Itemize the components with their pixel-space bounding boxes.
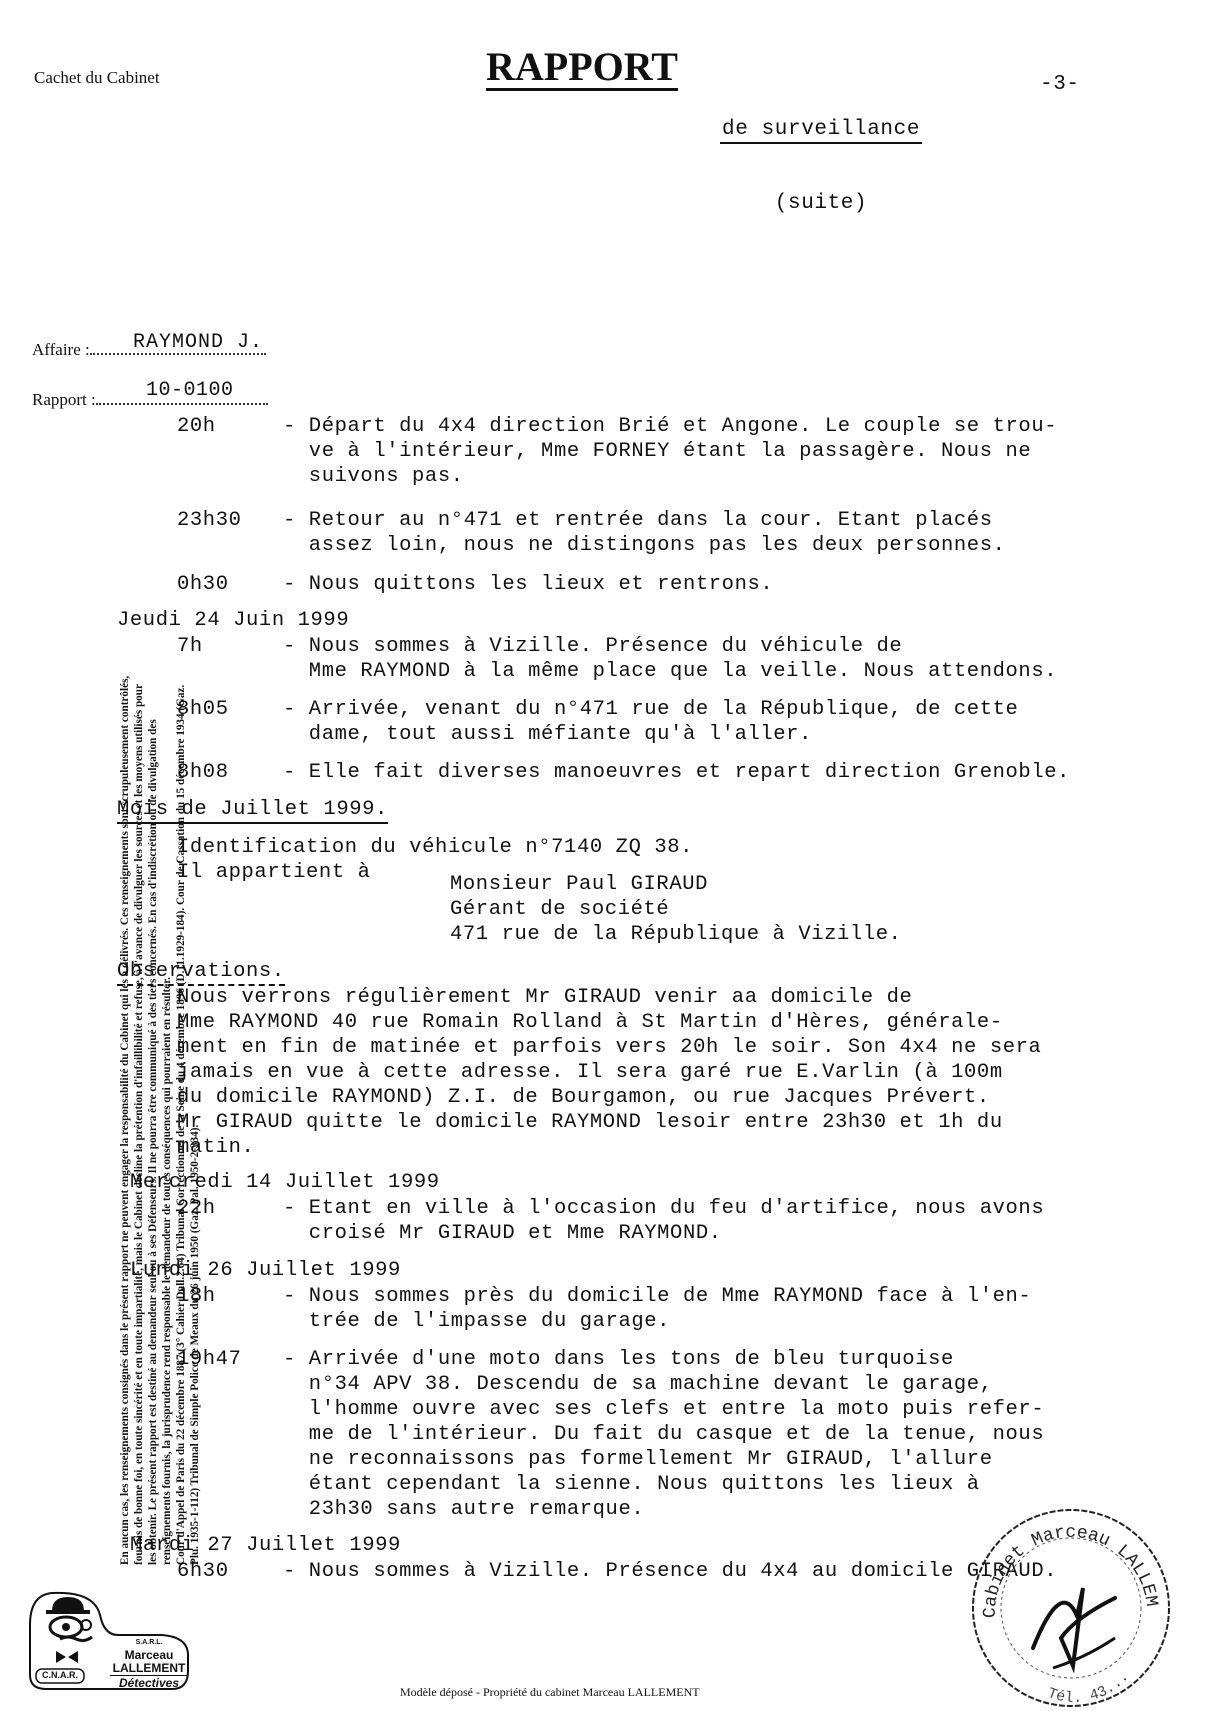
entry-line: Mme RAYMOND à la même place que la veill… bbox=[283, 659, 1057, 684]
company-stamp: Cabinet Marceau LALLEMENT Tél. 43... bbox=[965, 1498, 1177, 1710]
observation-line: ment en fin de matinée et parfois vers 2… bbox=[177, 1035, 1041, 1060]
observation-line: Mr GIRAUD quitte le domicile RAYMOND les… bbox=[177, 1110, 1003, 1135]
subtitle-line-1: de surveillance bbox=[720, 118, 922, 144]
entry-line: ve à l'intérieur, Mme FORNEY étant la pa… bbox=[283, 439, 1031, 464]
subtitle-line-2: (suite) bbox=[720, 192, 922, 216]
legal-disclaimer: En aucun cas, les renseignements consign… bbox=[118, 415, 202, 1565]
company-logo: C.N.A.R. S.A.R.L. Marceau LALLEMENT Déte… bbox=[22, 1585, 190, 1693]
owner-line: Gérant de société bbox=[450, 897, 669, 922]
entry-line: trée de l'impasse du garage. bbox=[283, 1309, 670, 1334]
entry-line: - Elle fait diverses manoeuvres et repar… bbox=[283, 760, 1070, 785]
page-number: -3- bbox=[1040, 72, 1080, 97]
observation-line: jamais en vue à cette adresse. Il sera g… bbox=[177, 1060, 1003, 1085]
cachet-label: Cachet du Cabinet bbox=[34, 68, 160, 88]
owner-line: Monsieur Paul GIRAUD bbox=[450, 872, 708, 897]
legal-line: En aucun cas, les renseignements consign… bbox=[118, 415, 132, 1565]
owner-line: 471 rue de la République à Vizille. bbox=[450, 922, 902, 947]
observation-line: du domicile RAYMOND) Z.I. de Bourgamon, … bbox=[177, 1085, 990, 1110]
affaire-label: Affaire : bbox=[32, 340, 90, 359]
legal-line: renseignements fournis, la jurisprudence… bbox=[160, 415, 174, 1565]
entry-line: me de l'intérieur. Du fait du casque et … bbox=[283, 1422, 1044, 1447]
logo-name-1: Marceau bbox=[110, 1648, 188, 1662]
entry-line: - Etant en ville à l'occasion du feu d'a… bbox=[283, 1196, 1044, 1221]
entry-line: étant cependant la sienne. Nous quittons… bbox=[283, 1472, 980, 1497]
entry-line: ne reconnaissons pas formellement Mr GIR… bbox=[283, 1447, 993, 1472]
observation-line: Nous verrons régulièrement Mr GIRAUD ven… bbox=[177, 985, 912, 1010]
affaire-value: RAYMOND J. bbox=[133, 330, 263, 355]
logo-name-2: LALLEMENT bbox=[110, 1661, 188, 1676]
entry-line: assez loin, nous ne distingons pas les d… bbox=[283, 533, 1006, 558]
legal-line: fournis de bonne foi, en toute sincérité… bbox=[132, 415, 146, 1565]
stamp-top-text: Cabinet Marceau LALLEMENT bbox=[965, 1498, 1161, 1618]
entry-line: l'homme ouvre avec ses clefs et entre la… bbox=[283, 1397, 1044, 1422]
report-title: RAPPORT bbox=[486, 46, 678, 91]
report-subtitle: de surveillance (suite) bbox=[720, 70, 922, 240]
entry-line: suivons pas. bbox=[283, 464, 464, 489]
logo-badge: C.N.A.R. bbox=[36, 1670, 84, 1680]
legal-line: Cour d'Appel de Paris du 22 décembre 188… bbox=[174, 415, 188, 1565]
svg-text:Tél. 43...: Tél. 43... bbox=[1045, 1668, 1132, 1707]
logo-org-type: S.A.R.L. bbox=[110, 1639, 188, 1646]
entry-line: - Retour au n°471 et rentrée dans la cou… bbox=[283, 508, 993, 533]
entry-line: croisé Mr GIRAUD et Mme RAYMOND. bbox=[283, 1221, 722, 1246]
entry-line: dame, tout aussi méfiante qu'à l'aller. bbox=[283, 722, 812, 747]
belongs-label: Il appartient à bbox=[177, 860, 371, 885]
rapport-label: Rapport : bbox=[32, 390, 96, 409]
svg-text:Cabinet Marceau LALLEMENT: Cabinet Marceau LALLEMENT bbox=[965, 1498, 1161, 1618]
entry-line: - Départ du 4x4 direction Brié et Angone… bbox=[283, 414, 1057, 439]
logo-profession: Détectives bbox=[110, 1676, 188, 1690]
footer-text: Modèle déposé - Propriété du cabinet Mar… bbox=[400, 1685, 700, 1700]
entry-line: n°34 APV 38. Descendu de sa machine deva… bbox=[283, 1372, 993, 1397]
observation-line: Mme RAYMOND 40 rue Romain Rolland à St M… bbox=[177, 1010, 1003, 1035]
entry-line: 23h30 sans autre remarque. bbox=[283, 1497, 644, 1522]
stamp-signature-icon: Cabinet Marceau LALLEMENT Tél. 43... bbox=[965, 1498, 1177, 1710]
entry-line: - Arrivée d'une moto dans les tons de bl… bbox=[283, 1347, 954, 1372]
legal-line: Plu. 1935-1-112) Tribunal de Simple Poli… bbox=[188, 415, 202, 1565]
stamp-bottom-text: Tél. 43... bbox=[1045, 1668, 1132, 1707]
entry-line: - Nous sommes à Vizille. Présence du véh… bbox=[283, 634, 902, 659]
legal-line: les obtenir. Le présent rapport est dest… bbox=[146, 415, 160, 1565]
rapport-value: 10-0100 bbox=[146, 378, 234, 403]
entry-line: - Nous sommes à Vizille. Présence du 4x4… bbox=[283, 1559, 1057, 1584]
vehicle-identification: Identification du véhicule n°7140 ZQ 38. bbox=[177, 835, 693, 860]
entry-line: - Nous quittons les lieux et rentrons. bbox=[283, 572, 773, 597]
entry-line: - Arrivée, venant du n°471 rue de la Rép… bbox=[283, 697, 1018, 722]
entry-line: - Nous sommes près du domicile de Mme RA… bbox=[283, 1284, 1031, 1309]
